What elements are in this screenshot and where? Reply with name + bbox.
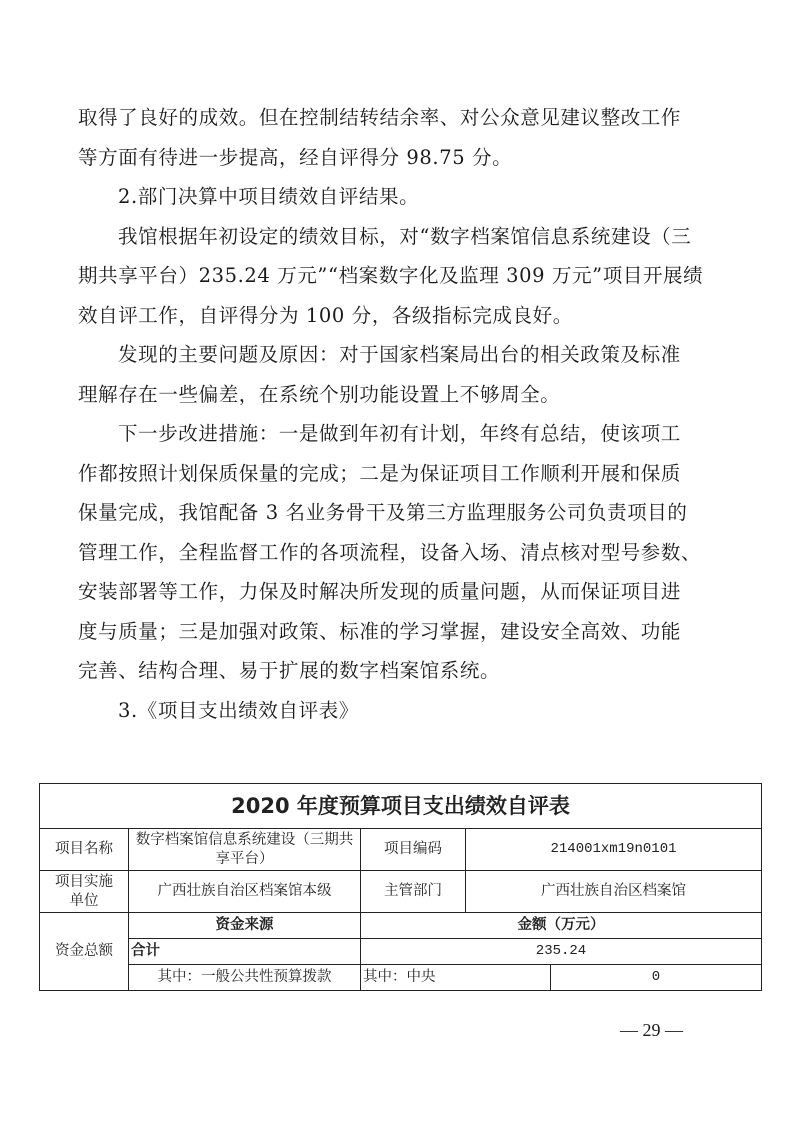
total-label: 合计 — [129, 939, 361, 965]
paragraph-line: 期共享平台）235.24 万元”“档案数字化及监理 309 万元”项目开展绩 — [78, 256, 718, 296]
paragraph-line: 完善、结构合理、易于扩展的数字档案馆系统。 — [78, 651, 718, 691]
section-heading: 3.《项目支出绩效自评表》 — [78, 691, 718, 731]
project-code-label: 项目编码 — [361, 829, 466, 871]
paragraph-line: 管理工作，全程监督工作的各项流程，设备入场、清点核对型号参数、 — [78, 533, 718, 573]
paragraph-line: 作都按照计划保质保量的完成；二是为保证项目工作顺利开展和保质 — [78, 454, 718, 494]
body-text: 取得了良好的成效。但在控制结转结余率、对公众意见建议整改工作 等方面有待进一步提… — [78, 98, 718, 730]
paragraph-line: 下一步改进措施：一是做到年初有计划，年终有总结，使该项工 — [78, 414, 718, 454]
paragraph-line: 安装部署等工作，力保及时解决所发现的质量问题，从而保证项目进 — [78, 572, 718, 612]
central-label: 其中：中央 — [361, 965, 551, 991]
impl-unit-label: 项目实施单位 — [40, 871, 129, 913]
total-value: 235.24 — [361, 939, 762, 965]
paragraph-line: 理解存在一些偏差，在系统个别功能设置上不够周全。 — [78, 375, 718, 415]
paragraph-line: 效自评工作，自评得分为 100 分，各级指标完成良好。 — [78, 296, 718, 336]
dept-value: 广西壮族自治区档案馆 — [466, 871, 762, 913]
section-heading: 2.部门决算中项目绩效自评结果。 — [78, 177, 718, 217]
paragraph-line: 度与质量；三是加强对政策、标准的学习掌握，建设安全高效、功能 — [78, 612, 718, 652]
impl-unit-value: 广西壮族自治区档案馆本级 — [129, 871, 361, 913]
fund-source-header: 资金来源 — [129, 913, 361, 939]
fund-total-label: 资金总额 — [40, 913, 129, 991]
project-name-value: 数字档案馆信息系统建设（三期共享平台） — [129, 829, 361, 871]
paragraph-line: 发现的主要问题及原因：对于国家档案局出台的相关政策及标准 — [78, 335, 718, 375]
page-number: — 29 — — [620, 1020, 683, 1041]
dept-label: 主管部门 — [361, 871, 466, 913]
paragraph-line: 等方面有待进一步提高，经自评得分 98.75 分。 — [78, 138, 718, 178]
project-name-label: 项目名称 — [40, 829, 129, 871]
paragraph-line: 取得了良好的成效。但在控制结转结余率、对公众意见建议整改工作 — [78, 98, 718, 138]
paragraph-line: 保量完成，我馆配备 3 名业务骨干及第三方监理服务公司负责项目的 — [78, 493, 718, 533]
general-budget-label: 其中：一般公共性预算拨款 — [129, 965, 361, 991]
project-code-value: 214001xm19n0101 — [466, 829, 762, 871]
amount-header: 金额（万元） — [361, 913, 762, 939]
central-value: 0 — [551, 965, 762, 991]
table-title: 2020 年度预算项目支出绩效自评表 — [40, 784, 762, 829]
paragraph-line: 我馆根据年初设定的绩效目标，对“数字档案馆信息系统建设（三 — [78, 217, 718, 257]
performance-table: 2020 年度预算项目支出绩效自评表 项目名称 数字档案馆信息系统建设（三期共享… — [39, 783, 761, 991]
